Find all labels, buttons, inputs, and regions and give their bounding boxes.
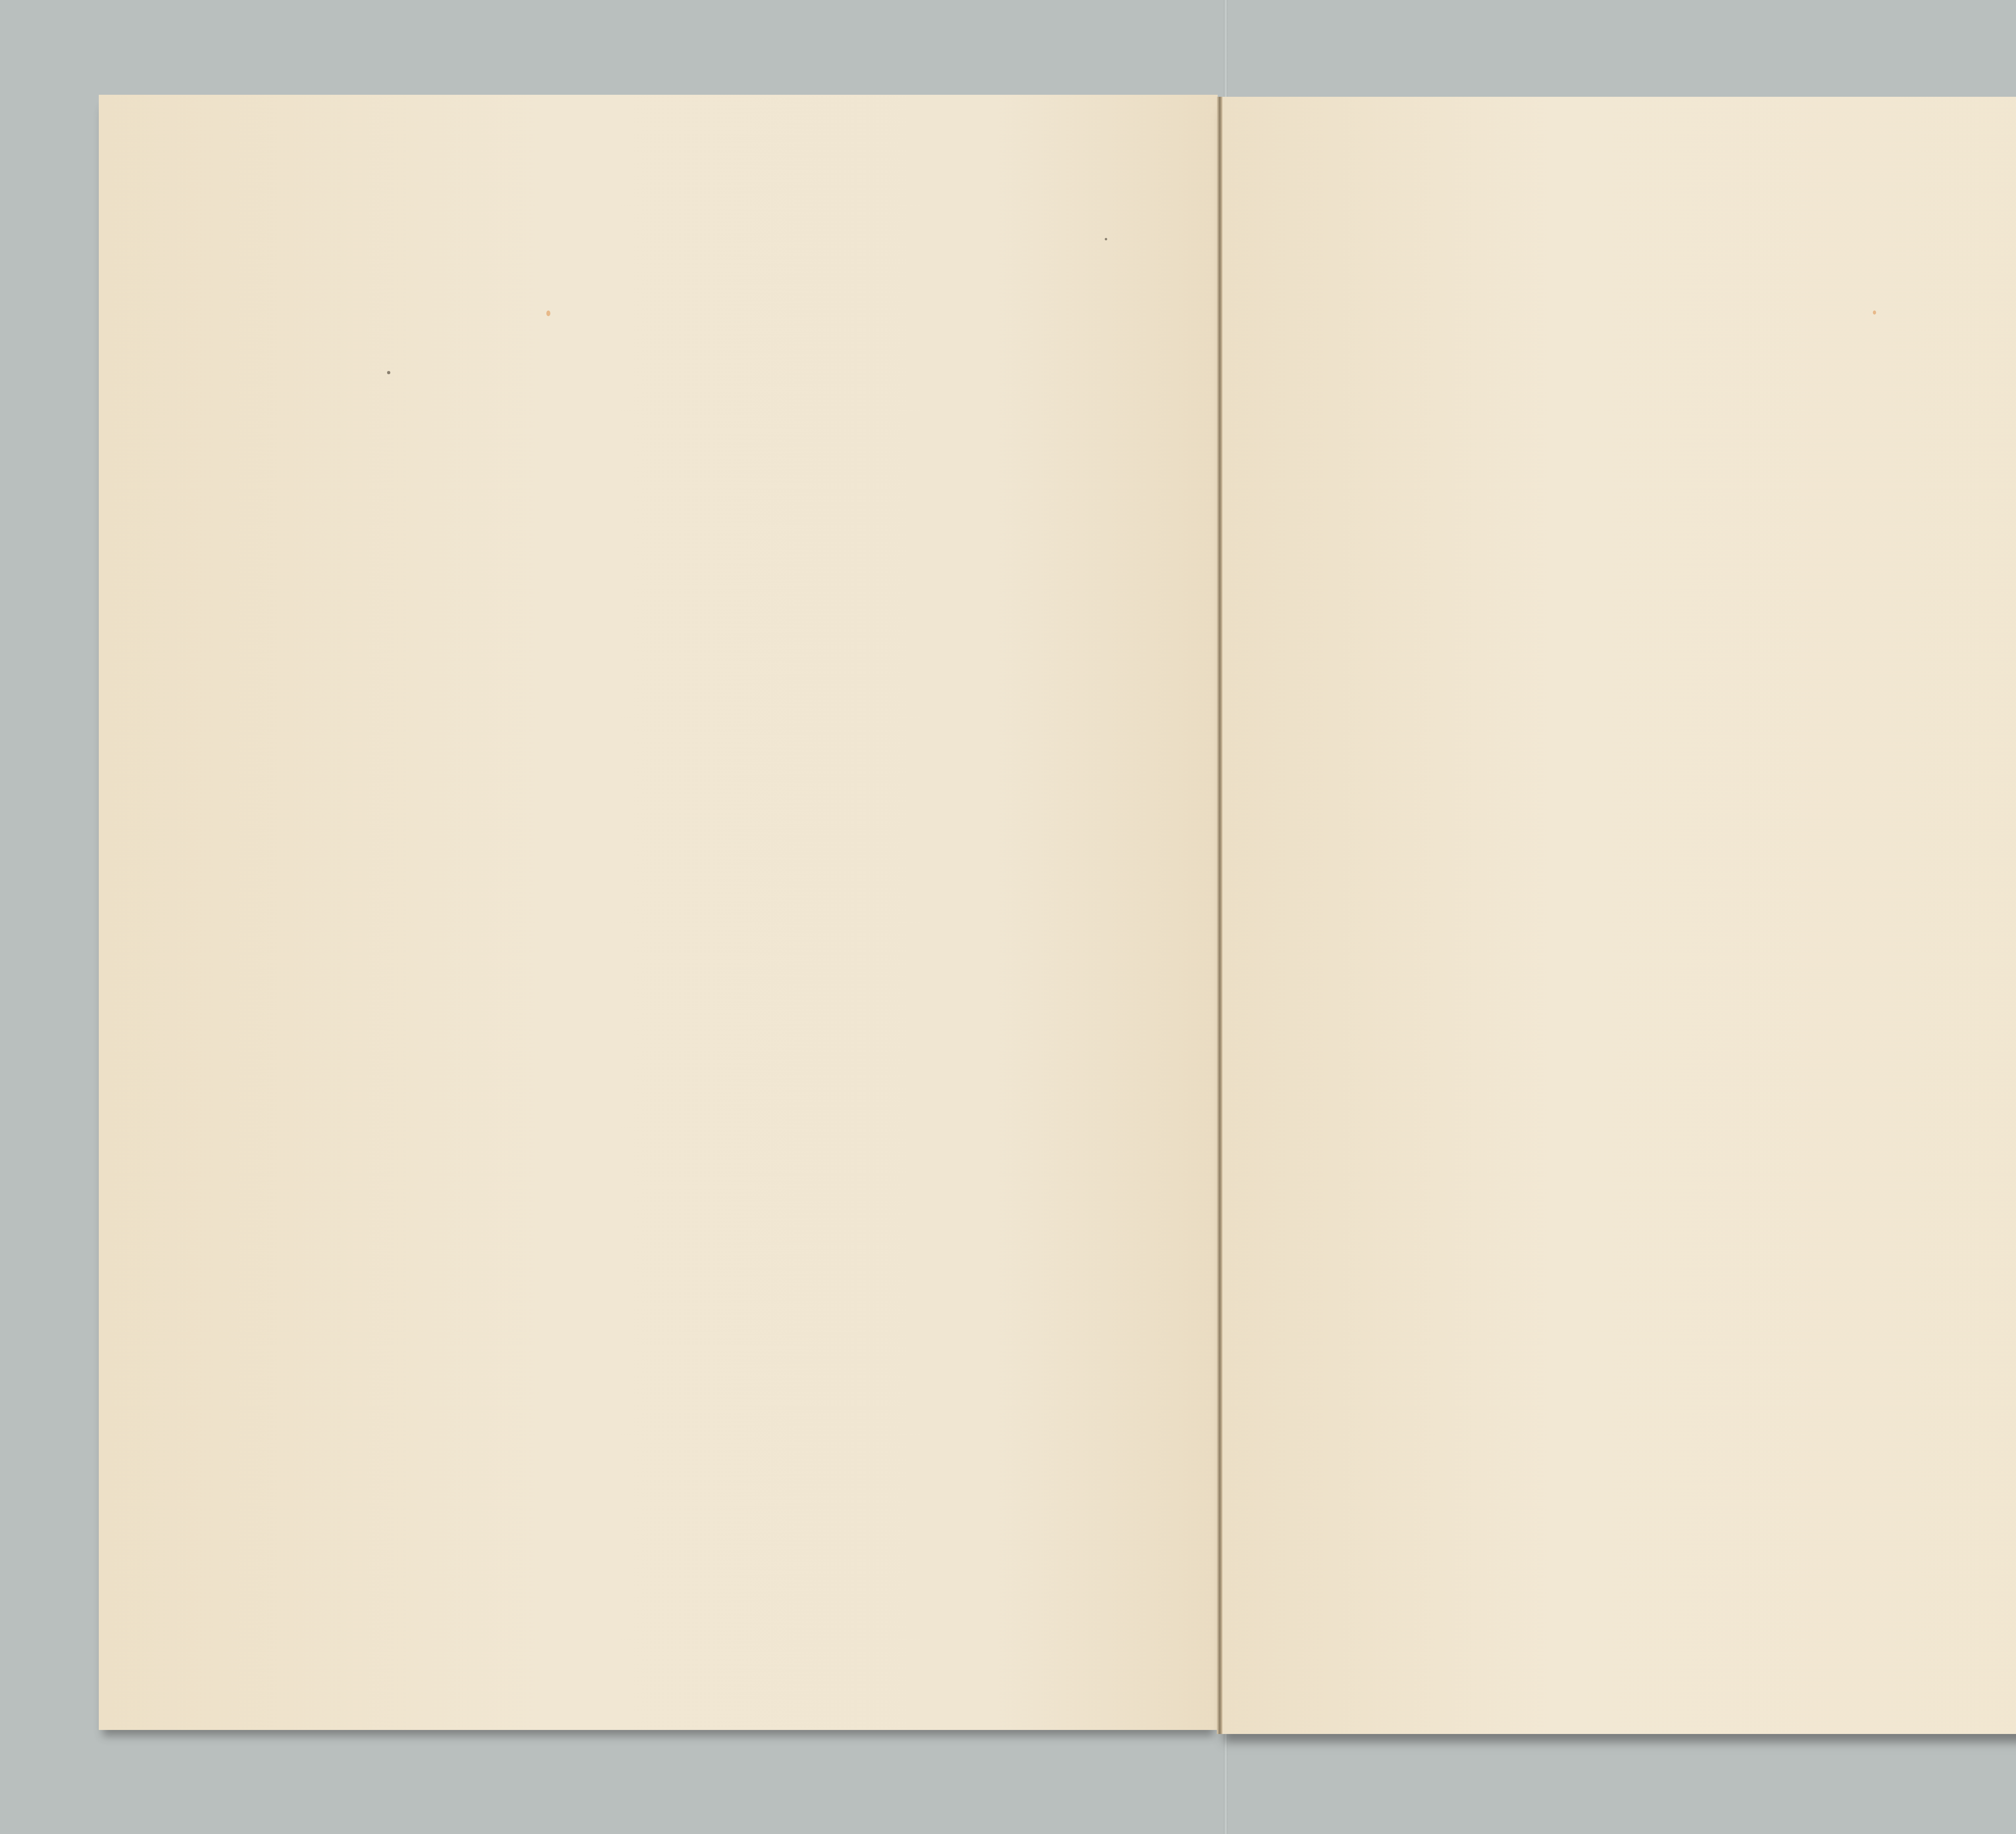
book-gutter bbox=[1217, 97, 1223, 1734]
right-page bbox=[1220, 97, 2016, 1734]
paper-speck bbox=[387, 371, 390, 374]
paper-speck bbox=[1105, 238, 1107, 240]
paper-speck bbox=[546, 311, 550, 316]
paper-speck bbox=[1873, 311, 1876, 315]
left-page bbox=[99, 95, 1218, 1730]
